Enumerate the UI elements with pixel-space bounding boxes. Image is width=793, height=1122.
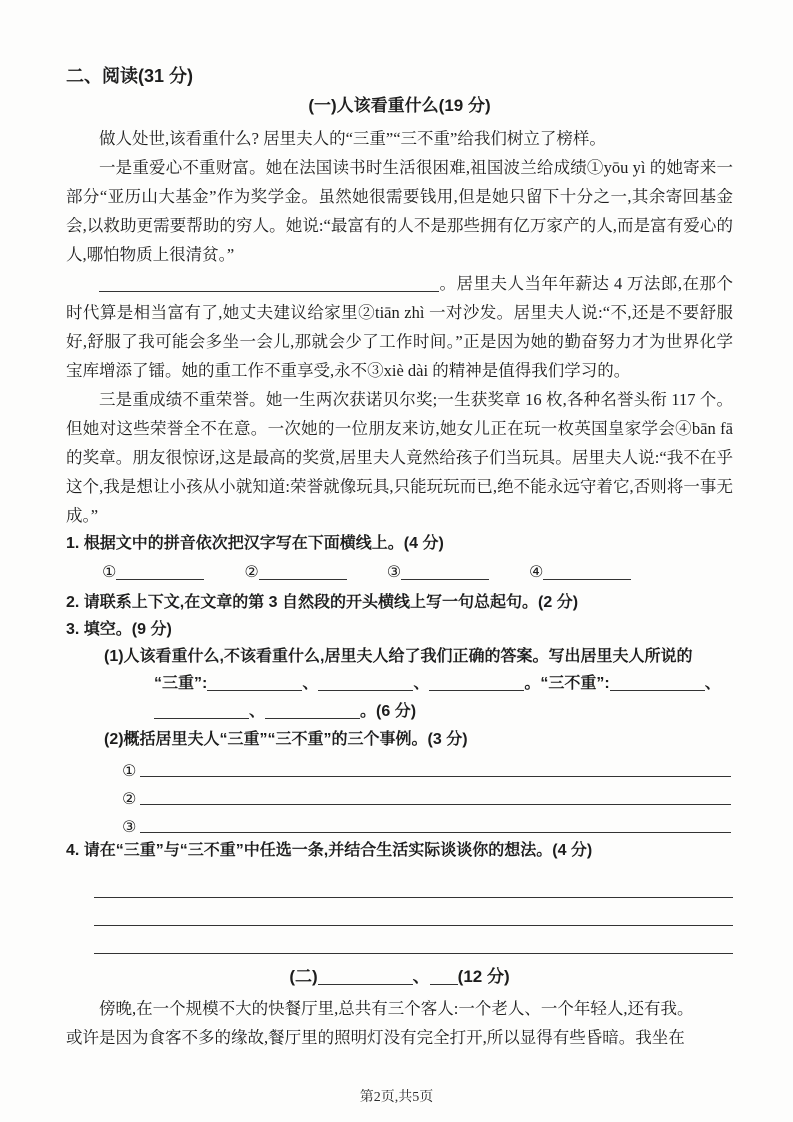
paragraph3-topic-sentence-blank[interactable] [99,275,439,292]
question-4-answer-area [66,870,733,954]
question-4-stem: 4. 请在“三重”与“三不重”中任选一条,并结合生活实际谈谈你的想法。(4 分) [66,837,733,864]
sanbuzhong-blank-2[interactable] [154,703,249,719]
passage2-title-score: (12 分) [458,967,510,986]
q3-sub2-answer-row-3: ③ [66,809,733,837]
passage2-line-1: 傍晚,在一个规模不大的快餐厅里,总共有三个客人:一个老人、一个年轻人,还有我。 [66,994,733,1023]
exam-page: 二、阅读(31 分) (一)人该看重什么(19 分) 做人处世,该看重什么? 居… [0,0,793,1122]
sanzhong-label: “三重”: [154,675,207,692]
separator: 、 [705,675,721,692]
question-2-stem: 2. 请联系上下文,在文章的第 3 自然段的开头横线上写一句总起句。(2 分) [66,589,733,616]
score-tail: 。(6 分) [360,703,416,720]
sanzhong-blank-1[interactable] [207,675,302,691]
sanzhong-blank-3[interactable] [429,675,524,691]
circled-4-label: ④ [529,564,543,581]
sanbuzhong-label: “三不重”: [540,675,609,692]
q3-sub2-answer-line-3[interactable] [140,832,731,833]
question-3-stem: 3. 填空。(9 分) [66,616,733,643]
q3-sub2-answer-line-2[interactable] [140,804,731,805]
passage2-title-blank[interactable] [318,968,413,985]
passage2-title: (二)、(12 分) [66,964,733,990]
q1-blank-3[interactable] [401,564,489,580]
q4-writing-line-1[interactable] [94,870,733,898]
question-3-sub1-stem: (1)人该看重什么,不该看重什么,居里夫人给了我们正确的答案。写出居里夫人所说的 [66,643,733,670]
question-1-answer-row: ①②③④ [66,559,733,587]
passage2-title-mark: 、 [413,967,430,986]
q1-item-2: ② [244,564,346,581]
separator: 、 [413,675,429,692]
q4-writing-line-2[interactable] [94,898,733,926]
passage1-paragraph-2: 一是重爱心不重财富。她在法国读书时生活很困难,祖国波兰给成绩①yōu yì 的她… [66,153,733,269]
passage2-title-prefix: (二) [289,967,317,986]
q1-item-4: ④ [529,564,631,581]
passage1-paragraph-4: 三是重成绩不重荣誉。她一生两次获诺贝尔奖;一生获奖章 16 枚,各种名誉头衔 1… [66,385,733,530]
sanbuzhong-blank-3[interactable] [265,703,360,719]
question-3-sub1-blanks-row-1: “三重”:、、。“三不重”:、 [66,670,733,698]
q4-writing-line-3[interactable] [94,926,733,954]
question-1-stem: 1. 根据文中的拼音依次把汉字写在下面横线上。(4 分) [66,530,733,557]
passage2-title-blank-2[interactable] [430,968,458,985]
section-heading: 二、阅读(31 分) [66,64,733,88]
circled-3-label: ③ [387,564,401,581]
page-number-footer: 第2页,共5页 [0,1086,793,1106]
q1-item-3: ③ [387,564,489,581]
sanbuzhong-blank-1[interactable] [610,675,705,691]
passage1-paragraph-3: 。居里夫人当年年薪达 4 万法郎,在那个时代算是相当富有了,她丈夫建议给家里②t… [66,269,733,385]
passage2-line-2: 或许是因为食客不多的缘故,餐厅里的照明灯没有完全打开,所以显得有些昏暗。我坐在 [66,1023,733,1052]
period: 。 [524,675,540,692]
circled-3-label: ③ [122,817,136,837]
q1-item-1: ① [102,564,204,581]
q1-blank-4[interactable] [543,564,631,580]
circled-1-label: ① [102,564,116,581]
q1-blank-2[interactable] [259,564,347,580]
q3-sub2-answer-line-1[interactable] [140,776,731,777]
separator: 、 [249,703,265,720]
question-3-sub1-blanks-row-2: 、。(6 分) [66,698,733,726]
q1-blank-1[interactable] [116,564,204,580]
separator: 、 [302,675,318,692]
sanzhong-blank-2[interactable] [318,675,413,691]
q3-sub2-answer-row-2: ② [66,781,733,809]
passage1-paragraph-1: 做人处世,该看重什么? 居里夫人的“三重”“三不重”给我们树立了榜样。 [66,124,733,153]
circled-2-label: ② [244,564,258,581]
passage1-title: (一)人该看重什么(19 分) [66,94,733,118]
question-3-sub2-stem: (2)概括居里夫人“三重”“三不重”的三个事例。(3 分) [66,726,733,753]
circled-2-label: ② [122,789,136,809]
circled-1-label: ① [122,761,136,781]
q3-sub2-answer-row-1: ① [66,753,733,781]
